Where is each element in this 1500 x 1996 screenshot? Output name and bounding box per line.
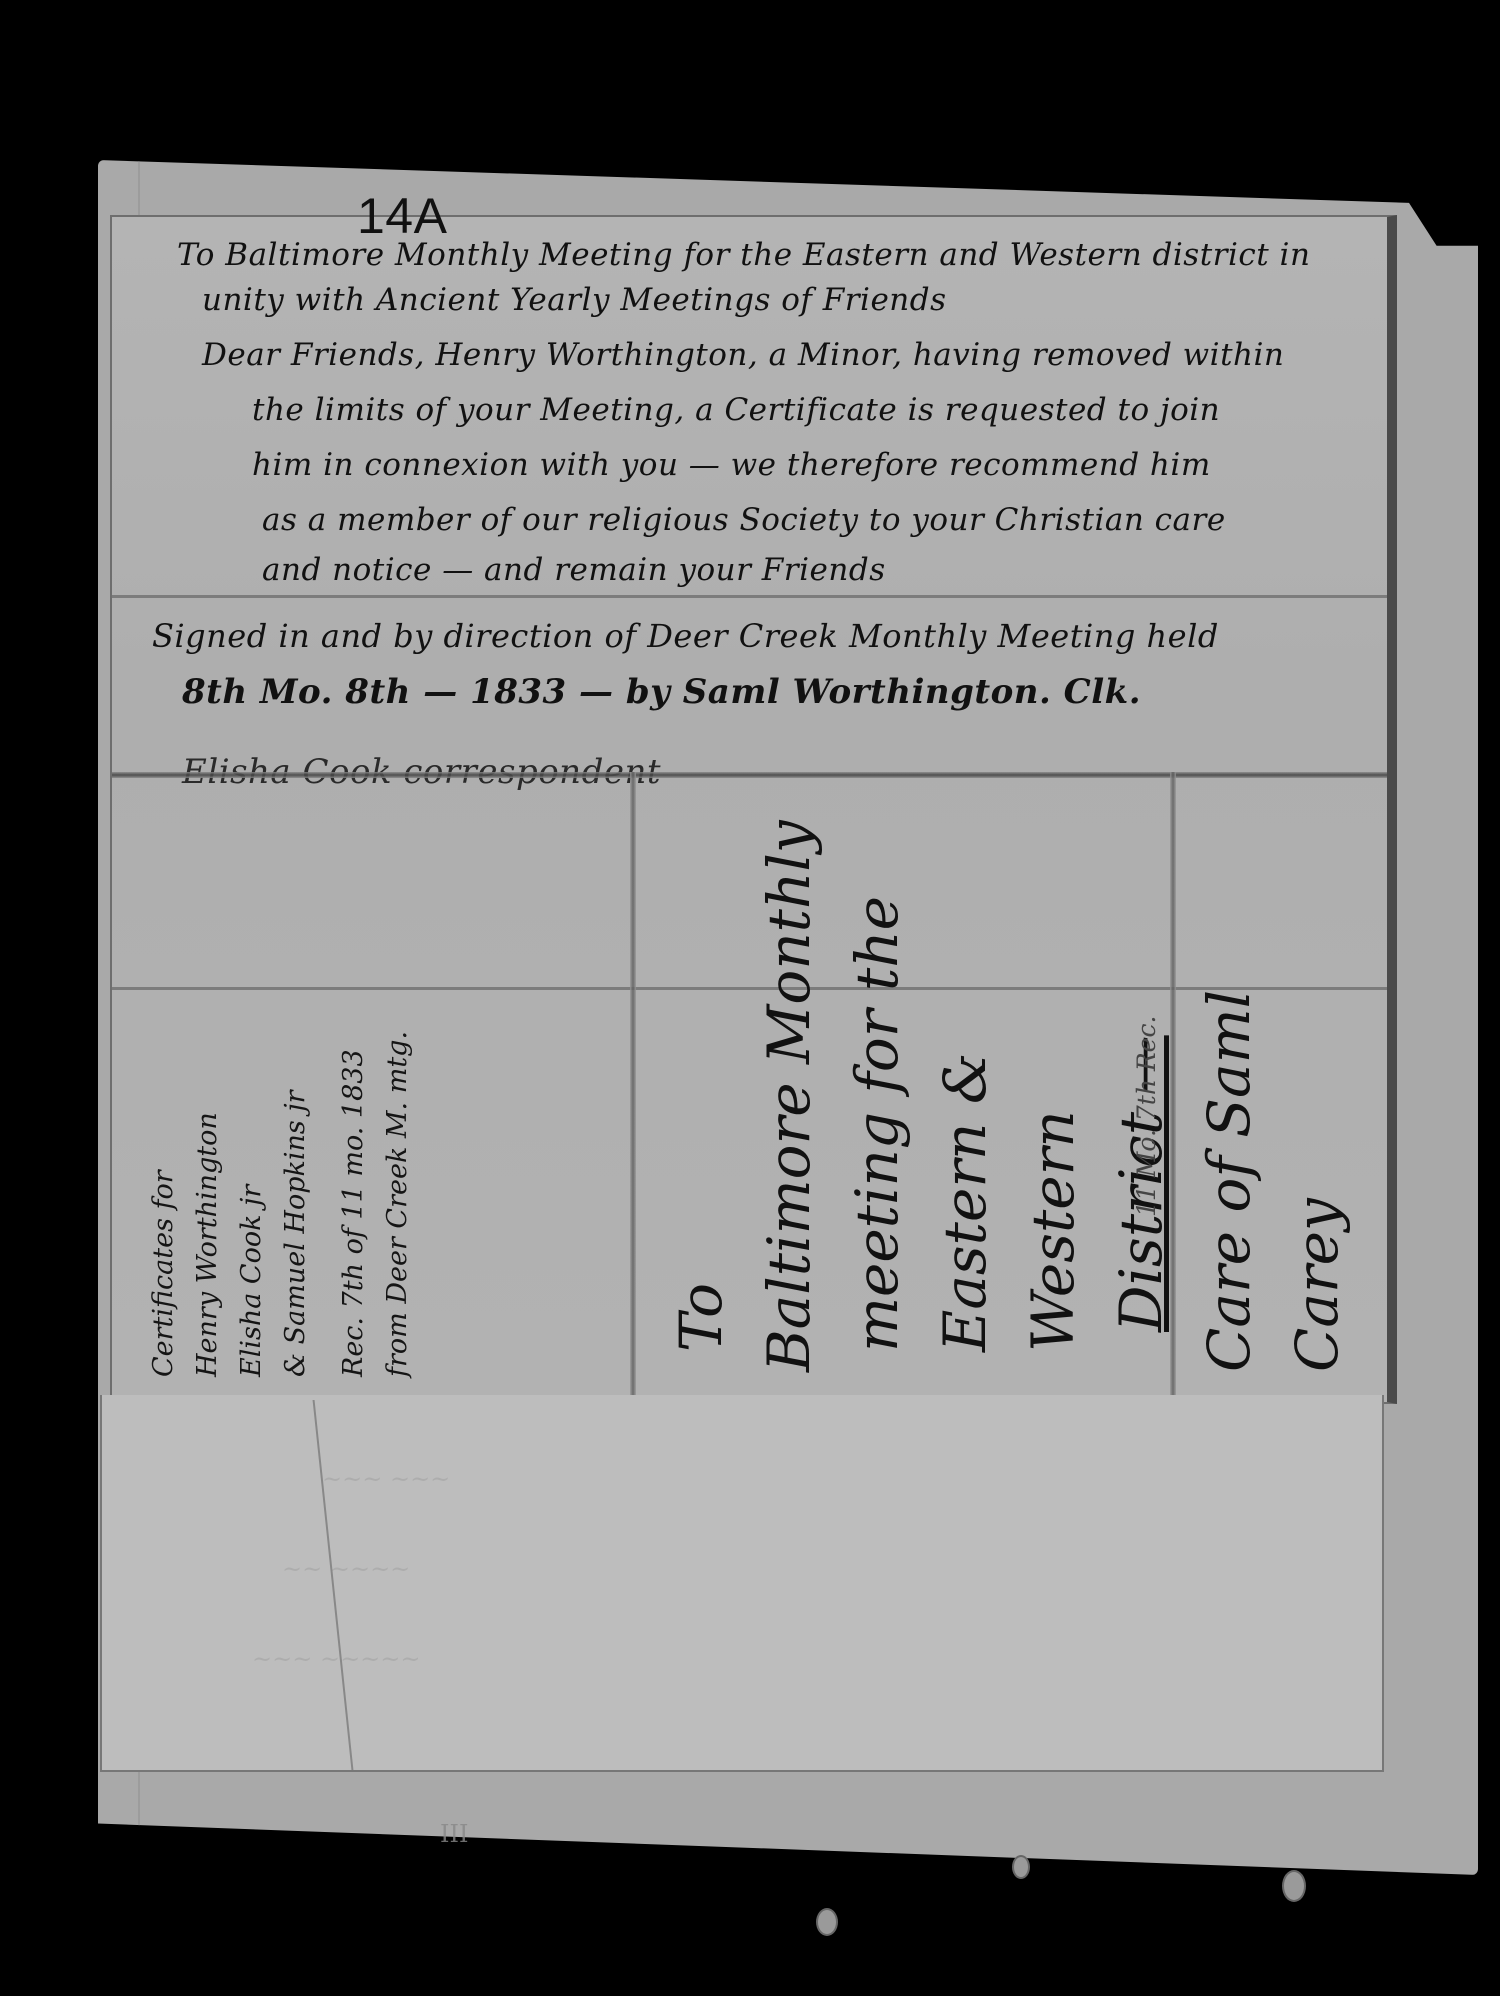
signature-line: Signed in and by direction of Deer Creek… <box>152 617 1219 655</box>
ink-stain <box>1012 1855 1030 1879</box>
letter-line: and notice — and remain your Friends <box>262 552 886 588</box>
docket-line: Elisha Cook jr <box>230 997 274 1377</box>
bleed-through-text: ~~ ~~~~ <box>282 1555 410 1583</box>
docket-line: Rec. 7th of 11 mo. 1833 <box>332 997 376 1377</box>
docket-line: Certificates for <box>142 997 186 1377</box>
ink-stain <box>816 1908 838 1936</box>
fold-crease <box>112 772 1387 778</box>
address-line: To <box>657 812 745 1372</box>
address-line: Eastern & Western <box>921 812 1097 1372</box>
address-line: Baltimore Monthly <box>745 812 833 1372</box>
letter-line: To Baltimore Monthly Meeting for the Eas… <box>177 237 1310 273</box>
signature-line: 8th Mo. 8th — 1833 — by Saml Worthington… <box>182 672 1141 712</box>
ink-stain <box>1282 1870 1306 1902</box>
address-block: To Baltimore Monthly meeting for the Eas… <box>657 812 1361 1372</box>
fold-crease <box>112 595 1387 598</box>
letter-line: Dear Friends, Henry Worthington, a Minor… <box>202 337 1284 373</box>
docket-line: & Samuel Hopkins jr <box>274 997 318 1377</box>
address-line: Care of Saml Carey <box>1185 812 1361 1372</box>
fold-crease <box>630 772 636 1402</box>
docket-note: Certificates for Henry Worthington Elish… <box>142 997 420 1377</box>
received-note: 11 Mo. 7th Rec. <box>1132 1016 1161 1217</box>
docket-line: from Deer Creek M. mtg. <box>376 997 420 1377</box>
bleed-through-text: ~~~ ~~~ <box>322 1465 450 1493</box>
letter-line: as a member of our religious Society to … <box>262 502 1226 538</box>
address-line: meeting for the <box>833 812 921 1372</box>
letter-line: the limits of your Meeting, a Certificat… <box>252 392 1220 428</box>
letter-line: him in connexion with you — we therefore… <box>252 447 1211 483</box>
bleed-through-text: ~~~ ~~~~~ <box>252 1645 421 1673</box>
letter-line: unity with Ancient Yearly Meetings of Fr… <box>202 282 947 318</box>
bottom-mark: III <box>440 1820 468 1848</box>
certificate-letter: 14A To Baltimore Monthly Meeting for the… <box>110 215 1397 1404</box>
lower-flap: ~~~ ~~~ ~~ ~~~~ ~~~ ~~~~~ <box>100 1395 1384 1772</box>
docket-line: Henry Worthington <box>186 997 230 1377</box>
